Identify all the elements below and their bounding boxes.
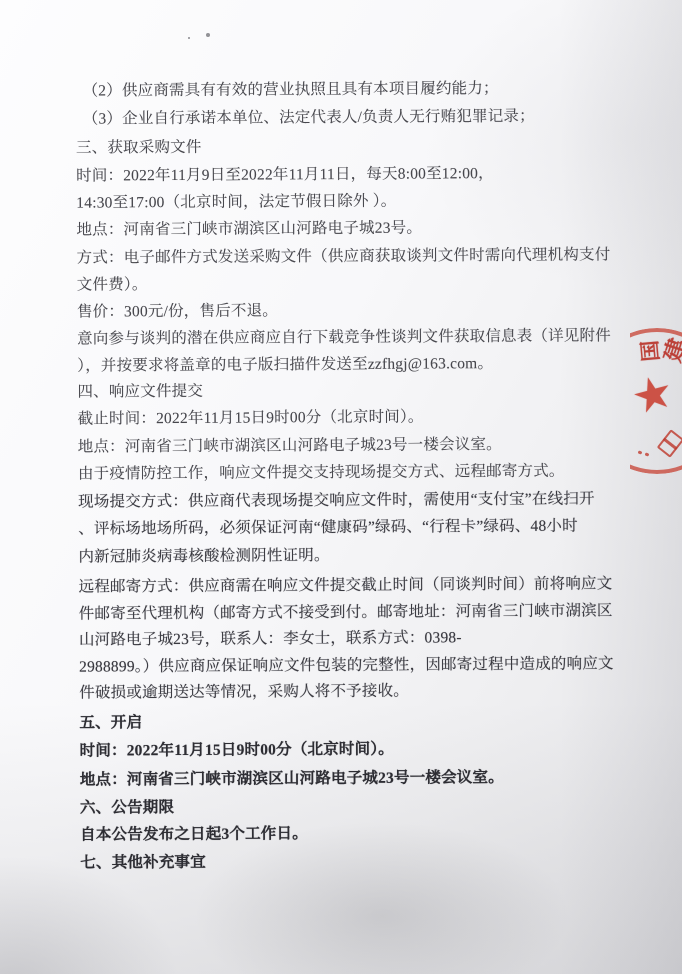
red-seal-stamp: 国 建 ★	[630, 320, 682, 480]
document-line: 地点：河南省三门峡市湖滨区山河路电子城23号一楼会议室。	[78, 434, 502, 459]
document-line: 由于疫情防控工作，响应文件提交支持现场提交方式、远程邮寄方式。	[78, 461, 565, 486]
document-line: 六、公告期限	[80, 797, 174, 820]
document-line: 时间：2022年11月9日至2022年11月11日，每天8:00至12:00，	[76, 163, 494, 188]
document-line: 自本公告发布之日起3个工作日。	[80, 823, 308, 846]
document-line: 地点：河南省三门峡市湖滨区山河路电子城23号。	[76, 218, 422, 242]
document-line: 地点：河南省三门峡市湖滨区山河路电子城23号一楼会议室。	[80, 767, 504, 792]
document-line: 远程邮寄方式：供应商需在响应文件提交截止时间（同谈判时间）前将响应文	[79, 573, 613, 598]
document-line: 七、其他补充事宜	[80, 852, 206, 875]
document-line: 山河路电子城23号，联系人：李女士，联系方式：0398-	[79, 627, 462, 651]
document-line: 件邮寄至代理机构（邮寄方式不接受到付。邮寄地址：河南省三门峡市湖滨区	[79, 600, 613, 625]
document-line: 截止时间：2022年11月15日9时00分（北京时间）。	[78, 406, 424, 430]
document-text-block: （2）供应商需具有有效的营业执照且具有本项目履约能力；（3）企业自行承诺本单位、…	[0, 0, 682, 974]
document-line: 内新冠肺炎病毒核酸检测阴性证明。	[78, 545, 329, 569]
document-line: 五、开启	[79, 712, 142, 734]
document-line: 14:30至17:00（北京时间，法定节假日除外 ）。	[76, 191, 396, 215]
document-line: （2）供应商需具有有效的营业执照且具有本项目履约能力；	[83, 78, 499, 103]
document-line: 时间：2022年11月15日9时00分（北京时间）。	[80, 739, 394, 763]
document-line: 、评标场地场所码，必须保证河南“健康码”绿码、“行程卡”绿码、48小时	[78, 516, 578, 541]
document-line: 方式：电子邮件方式发送采购文件（供应商获取谈判文件时需向代理机构支付	[77, 244, 611, 269]
document-line: ），并按要求将盖章的电子版扫描件发送至zzfhgj@163.com。	[77, 353, 493, 378]
document-line: 三、获取采购文件	[76, 137, 202, 160]
document-line: 2988899。）供应商应保证响应文件包装的完整性，因邮寄过程中造成的响应文	[79, 653, 614, 678]
document-line: 现场提交方式：供应商代表现场提交响应文件时，需使用“支付宝”在线扫开	[78, 488, 595, 513]
document-line: 售价：300元/份，售后不退。	[77, 300, 278, 323]
document-line: 四、响应文件提交	[77, 381, 203, 404]
document-line: 文件费）。	[77, 274, 148, 296]
document-line: 件破损或逾期送达等情况，采购人将不予接收。	[79, 681, 409, 705]
document-line: （3）企业自行承诺本单位、法定代表人/负责人无行贿犯罪记录；	[83, 106, 535, 131]
scanned-document-page: （2）供应商需具有有效的营业执照且具有本项目履约能力；（3）企业自行承诺本单位、…	[0, 0, 682, 974]
document-line: 意向参与谈判的潜在供应商应自行下载竞争性谈判文件获取信息表（详见附件	[77, 325, 611, 350]
